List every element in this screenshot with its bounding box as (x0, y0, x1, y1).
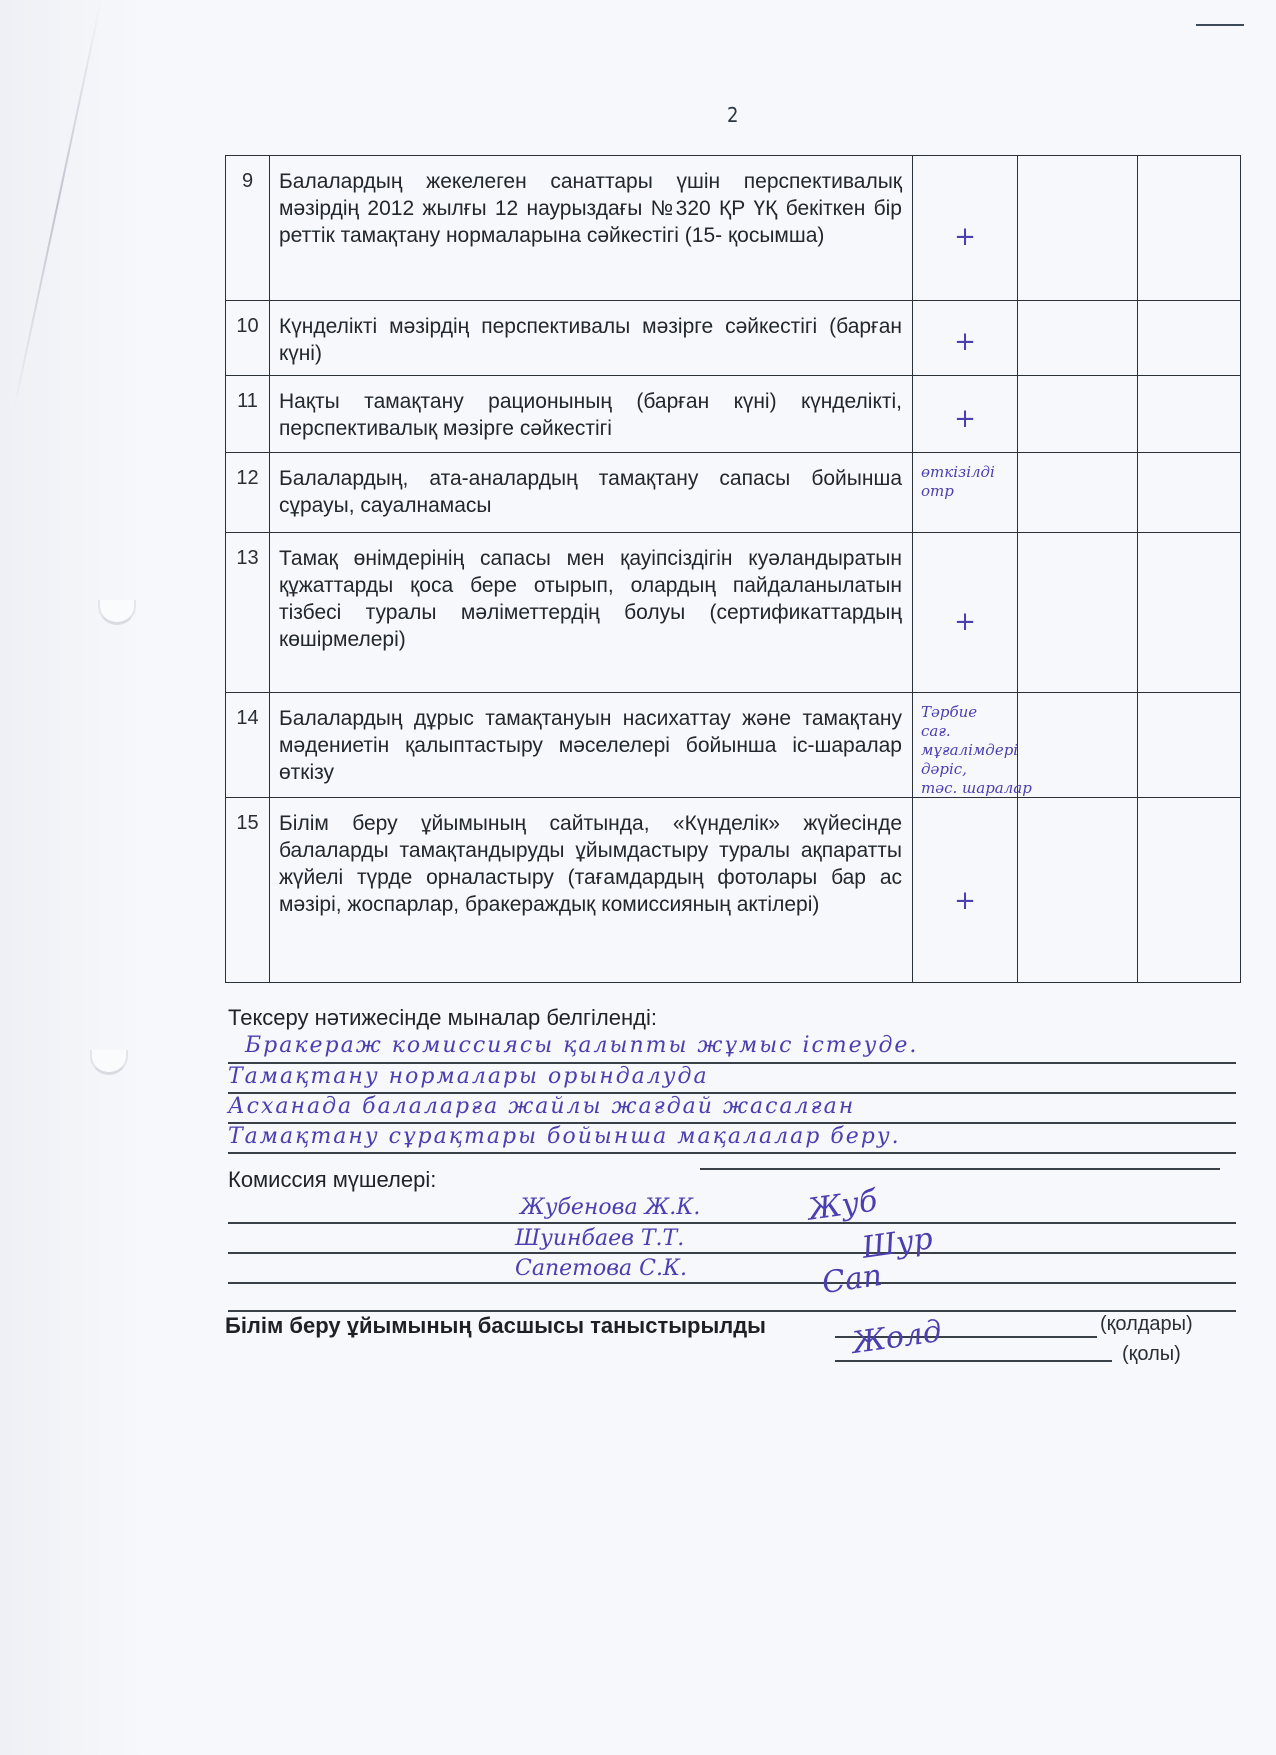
signature-line (835, 1360, 1112, 1362)
findings-label: Тексеру нәтижесінде мыналар белгіленді: (228, 1005, 657, 1031)
commission-members-label: Комиссия мүшелері: (228, 1167, 436, 1193)
row-number-cell: 12 (226, 453, 270, 533)
checkmark-plus-icon: + (913, 327, 1017, 357)
criterion-cell: Білім беру ұйымының сайтында, «Күнделік»… (270, 798, 913, 983)
mark-cell: өткізілді отр (913, 453, 1018, 533)
checkmark-plus-icon: + (913, 404, 1017, 434)
criterion-text: Балалардың жекелеген санаттары үшін перс… (270, 156, 912, 257)
commission-member-name: Шуинбаев Т.Т. (515, 1226, 684, 1251)
row-number-cell: 11 (226, 376, 270, 453)
corner-mark (1196, 24, 1244, 26)
row-number: 13 (226, 533, 269, 570)
row-number-cell: 10 (226, 301, 270, 376)
ruled-line (700, 1168, 1220, 1170)
checklist-table: 9Балалардың жекелеген санаттары үшін пер… (225, 155, 1241, 983)
table-row: 10Күнделікті мәзірдің перспективалы мәзі… (226, 301, 1241, 376)
finding-line: Тамақтану нормалары орындалуда (228, 1064, 709, 1089)
checkmark-plus-icon: + (913, 607, 1017, 637)
member-signature: Жуб (806, 1183, 880, 1227)
empty-cell (1138, 693, 1241, 798)
criterion-cell: Нақты тамақтану рационының (барған күні)… (270, 376, 913, 453)
table-row: 15Білім беру ұйымының сайтында, «Күнделі… (226, 798, 1241, 983)
empty-cell (1138, 453, 1241, 533)
row-number-cell: 15 (226, 798, 270, 983)
criterion-cell: Балалардың, ата-аналардың тамақтану сапа… (270, 453, 913, 533)
table-row: 14Балалардың дұрыс тамақтануын насихатта… (226, 693, 1241, 798)
checkmark-plus-icon: + (913, 222, 1017, 252)
finding-line: Асханада балаларға жайлы жағдай жасалған (228, 1094, 855, 1119)
row-number: 10 (226, 301, 269, 338)
table-row: 11Нақты тамақтану рационының (барған күн… (226, 376, 1241, 453)
criterion-cell: Балалардың жекелеген санаттары үшін перс… (270, 156, 913, 301)
mark-cell: + (913, 156, 1018, 301)
empty-cell (1018, 798, 1138, 983)
empty-cell (1018, 376, 1138, 453)
criterion-cell: Күнделікті мәзірдің перспективалы мәзірг… (270, 301, 913, 376)
table-row: 12Балалардың, ата-аналардың тамақтану са… (226, 453, 1241, 533)
finding-line: Тамақтану сұрақтары бойынша мақалалар бе… (228, 1124, 901, 1149)
mark-cell: + (913, 798, 1018, 983)
row-number-cell: 14 (226, 693, 270, 798)
row-number-cell: 9 (226, 156, 270, 301)
empty-cell (1018, 301, 1138, 376)
row-number-cell: 13 (226, 533, 270, 693)
table-row: 9Балалардың жекелеген санаттары үшін пер… (226, 156, 1241, 301)
criterion-text: Нақты тамақтану рационының (барған күні)… (270, 376, 912, 450)
checkmark-plus-icon: + (913, 886, 1017, 916)
ruled-line (228, 1252, 1236, 1254)
ruled-line (228, 1152, 1236, 1154)
ruled-line (228, 1222, 1236, 1224)
mark-cell: + (913, 533, 1018, 693)
head-signature-caption: (қолы) (1122, 1343, 1181, 1366)
empty-cell (1018, 156, 1138, 301)
criterion-cell: Балалардың дұрыс тамақтануын насихаттау … (270, 693, 913, 798)
row-number: 12 (226, 453, 269, 490)
member-signature: Сап (820, 1258, 884, 1301)
signatures-caption: (қолдары) (1100, 1313, 1193, 1336)
head-signature: Жолд (850, 1314, 944, 1361)
criterion-text: Балалардың, ата-аналардың тамақтану сапа… (270, 453, 912, 527)
ruled-line (228, 1282, 1236, 1284)
table-row: 13Тамақ өнімдерінің сапасы мен қауіпсізд… (226, 533, 1241, 693)
commission-member-name: Жубенова Ж.К. (520, 1195, 700, 1220)
criterion-text: Тамақ өнімдерінің сапасы мен қауіпсіздіг… (270, 533, 912, 661)
row-number: 9 (226, 156, 269, 193)
scan-edge-shadow (0, 0, 150, 1755)
empty-cell (1138, 301, 1241, 376)
finding-line: Бракераж комиссиясы қалыпты жұмыс істеуд… (245, 1033, 918, 1058)
mark-cell: Тәрбие сағ. мұғалімдері дәріс, тәс. шара… (913, 693, 1018, 798)
ruled-line (228, 1310, 1236, 1312)
empty-cell (1138, 156, 1241, 301)
mark-cell: + (913, 301, 1018, 376)
criterion-text: Білім беру ұйымының сайтында, «Күнделік»… (270, 798, 912, 926)
commission-member-name: Сапетова С.К. (515, 1256, 687, 1281)
row-number: 15 (226, 798, 269, 835)
page-number: 2 (727, 103, 738, 127)
mark-cell: + (913, 376, 1018, 453)
criterion-text: Балалардың дұрыс тамақтануын насихаттау … (270, 693, 912, 794)
criterion-text: Күнделікті мәзірдің перспективалы мәзірг… (270, 301, 912, 375)
handwritten-note: өткізілді отр (921, 463, 1047, 501)
empty-cell (1138, 798, 1241, 983)
row-number: 11 (226, 376, 269, 413)
row-number: 14 (226, 693, 269, 730)
head-acknowledged-label: Білім беру ұйымының басшысы таныстырылды (225, 1313, 766, 1339)
empty-cell (1018, 533, 1138, 693)
handwritten-note: Тәрбие сағ. мұғалімдері дәріс, тәс. шара… (921, 703, 1047, 798)
empty-cell (1138, 376, 1241, 453)
empty-cell (1138, 533, 1241, 693)
criterion-cell: Тамақ өнімдерінің сапасы мен қауіпсіздіг… (270, 533, 913, 693)
